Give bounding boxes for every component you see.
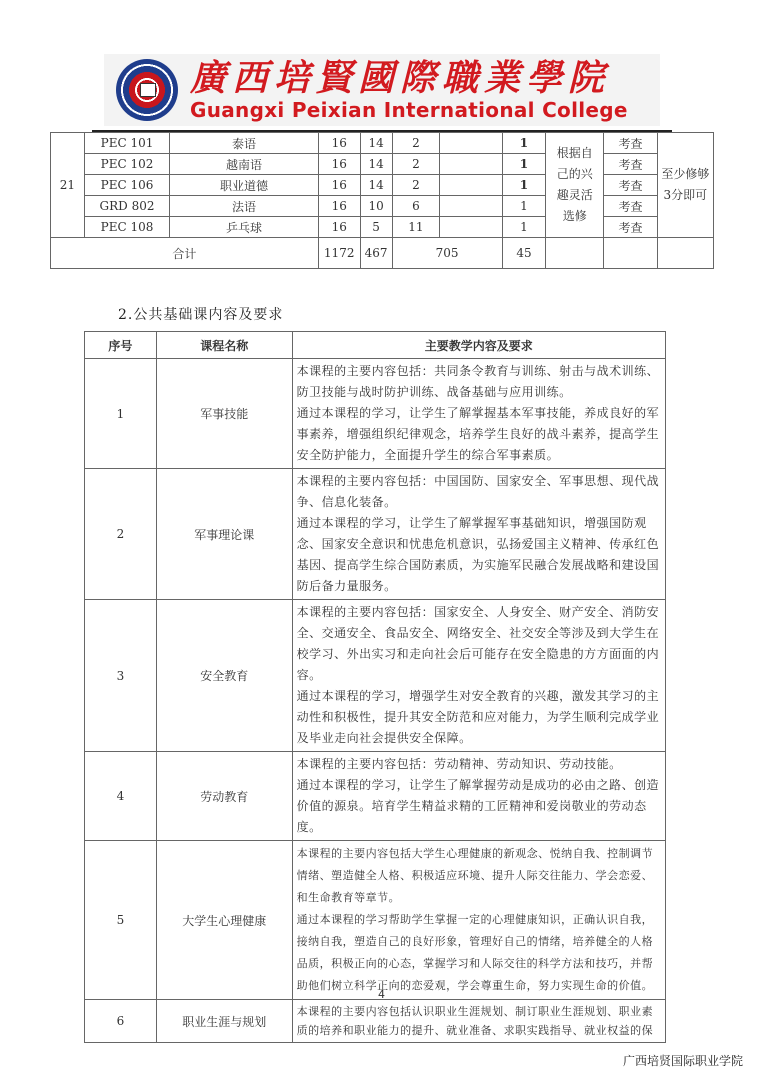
course-code: PEC 101 <box>84 133 169 154</box>
credit: 1 <box>502 217 546 238</box>
course-name: 劳动教育 <box>156 752 292 841</box>
course-code: GRD 802 <box>84 196 169 217</box>
footer-college-name: 广西培贤国际职业学院 <box>623 1052 743 1069</box>
course-name: 军事技能 <box>156 359 292 469</box>
course-name: 乒乓球 <box>170 217 319 238</box>
header-number: 序号 <box>85 332 157 359</box>
section-heading: 2.公共基础课内容及要求 <box>118 304 283 324</box>
assessment-type: 考查 <box>604 154 658 175</box>
table-row: 2 军事理论课 本课程的主要内容包括：中国国防、国家安全、军事思想、现代战争、信… <box>85 469 666 600</box>
course-name: 越南语 <box>170 154 319 175</box>
college-name-chinese: 廣西培賢國際職業學院 <box>190 58 628 98</box>
course-content: 本课程的主要内容包括大学生心理健康的新观念、悦纳自我、控制调节情绪、塑造健全人格… <box>292 841 665 1000</box>
total-hours: 16 <box>318 133 360 154</box>
credit-remark: 至少修够3分即可 <box>657 133 713 238</box>
total-row: 合计 1172 467 705 45 <box>51 238 714 269</box>
total-label: 合计 <box>51 238 319 269</box>
practice-hours: 2 <box>392 133 440 154</box>
college-banner: 廣西培賢國際職業學院 Guangxi Peixian International… <box>104 54 660 126</box>
course-name: 大学生心理健康 <box>156 841 292 1000</box>
table-row: 1 军事技能 本课程的主要内容包括：共同条令教育与训练、射击与战术训练、防卫技能… <box>85 359 666 469</box>
credit: 1 <box>502 196 546 217</box>
credit: 1 <box>502 133 546 154</box>
course-content: 本课程的主要内容包括认识职业生涯规划、制订职业生涯规划、职业素质的培养和职业能力… <box>292 1000 665 1043</box>
course-name: 职业道德 <box>170 175 319 196</box>
course-code: PEC 106 <box>84 175 169 196</box>
empty-cell <box>440 217 502 238</box>
empty-cell <box>546 238 604 269</box>
table-row: PEC 102 越南语 16 14 2 1 考查 <box>51 154 714 175</box>
table-row: 6 职业生涯与规划 本课程的主要内容包括认识职业生涯规划、制订职业生涯规划、职业… <box>85 1000 666 1043</box>
empty-cell <box>440 175 502 196</box>
table-row: PEC 106 职业道德 16 14 2 1 考查 <box>51 175 714 196</box>
theory-hours: 14 <box>360 133 392 154</box>
total-hours: 16 <box>318 175 360 196</box>
course-name: 军事理论课 <box>156 469 292 600</box>
course-content: 本课程的主要内容包括：中国国防、国家安全、军事思想、现代战争、信息化装备。 通过… <box>292 469 665 600</box>
course-content: 本课程的主要内容包括：共同条令教育与训练、射击与战术训练、防卫技能与战时防护训练… <box>292 359 665 469</box>
credit: 1 <box>502 175 546 196</box>
group-number: 21 <box>51 133 85 238</box>
course-name: 安全教育 <box>156 600 292 752</box>
practice-hours-sum: 705 <box>392 238 502 269</box>
practice-hours: 2 <box>392 175 440 196</box>
credit-sum: 45 <box>502 238 546 269</box>
page-number: 4 <box>0 988 763 1001</box>
assessment-type: 考查 <box>604 133 658 154</box>
public-course-table: 序号 课程名称 主要教学内容及要求 1 军事技能 本课程的主要内容包括：共同条令… <box>84 331 666 1043</box>
empty-cell <box>440 196 502 217</box>
row-number: 1 <box>85 359 157 469</box>
row-number: 3 <box>85 600 157 752</box>
empty-cell <box>440 133 502 154</box>
row-number: 4 <box>85 752 157 841</box>
theory-hours: 14 <box>360 154 392 175</box>
total-hours: 16 <box>318 196 360 217</box>
table-row: 3 安全教育 本课程的主要内容包括：国家安全、人身安全、财产安全、消防安全、交通… <box>85 600 666 752</box>
table-row: PEC 108 乒乓球 16 5 11 1 考查 <box>51 217 714 238</box>
total-hours: 16 <box>318 154 360 175</box>
course-name: 泰语 <box>170 133 319 154</box>
practice-hours: 11 <box>392 217 440 238</box>
row-number: 6 <box>85 1000 157 1043</box>
course-name: 职业生涯与规划 <box>156 1000 292 1043</box>
course-content: 本课程的主要内容包括：劳动精神、劳动知识、劳动技能。 通过本课程的学习，让学生了… <box>292 752 665 841</box>
college-name-english: Guangxi Peixian International College <box>190 98 628 122</box>
credit: 1 <box>502 154 546 175</box>
assessment-type: 考查 <box>604 217 658 238</box>
course-code: PEC 108 <box>84 217 169 238</box>
elective-course-table: 21 PEC 101 泰语 16 14 2 1 根据自己的兴趣灵活选修 考查 至… <box>50 132 714 269</box>
course-name: 法语 <box>170 196 319 217</box>
theory-hours-sum: 467 <box>360 238 392 269</box>
empty-cell <box>657 238 713 269</box>
empty-cell <box>440 154 502 175</box>
table-row: GRD 802 法语 16 10 6 1 考查 <box>51 196 714 217</box>
row-number: 5 <box>85 841 157 1000</box>
header-content: 主要教学内容及要求 <box>292 332 665 359</box>
assessment-type: 考查 <box>604 175 658 196</box>
header-course-name: 课程名称 <box>156 332 292 359</box>
assessment-type: 考查 <box>604 196 658 217</box>
college-emblem-icon <box>116 59 178 121</box>
table-row: 4 劳动教育 本课程的主要内容包括：劳动精神、劳动知识、劳动技能。 通过本课程的… <box>85 752 666 841</box>
table-row: 5 大学生心理健康 本课程的主要内容包括大学生心理健康的新观念、悦纳自我、控制调… <box>85 841 666 1000</box>
course-content: 本课程的主要内容包括：国家安全、人身安全、财产安全、消防安全、交通安全、食品安全… <box>292 600 665 752</box>
selection-note: 根据自己的兴趣灵活选修 <box>546 133 604 238</box>
total-hours-sum: 1172 <box>318 238 360 269</box>
theory-hours: 10 <box>360 196 392 217</box>
table-row: 21 PEC 101 泰语 16 14 2 1 根据自己的兴趣灵活选修 考查 至… <box>51 133 714 154</box>
table-header-row: 序号 课程名称 主要教学内容及要求 <box>85 332 666 359</box>
theory-hours: 5 <box>360 217 392 238</box>
practice-hours: 2 <box>392 154 440 175</box>
empty-cell <box>604 238 658 269</box>
practice-hours: 6 <box>392 196 440 217</box>
course-code: PEC 102 <box>84 154 169 175</box>
theory-hours: 14 <box>360 175 392 196</box>
total-hours: 16 <box>318 217 360 238</box>
row-number: 2 <box>85 469 157 600</box>
